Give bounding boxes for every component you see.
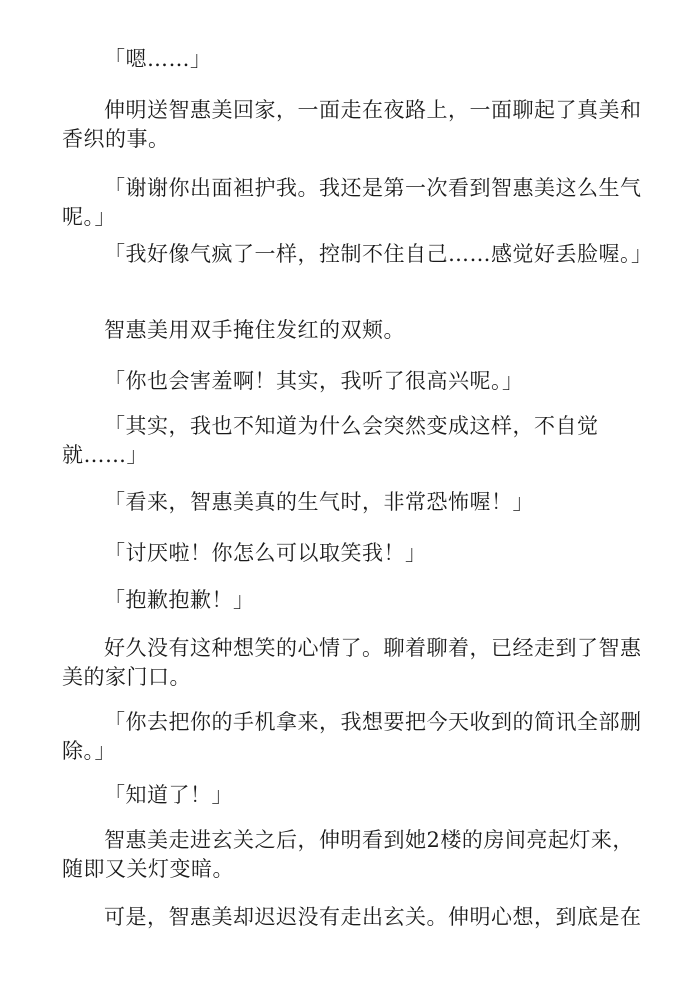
paragraph: 「看来，智惠美真的生气时，非常恐怖喔！」	[62, 488, 642, 517]
paragraph: 「嗯……」	[62, 45, 642, 74]
paragraph: 智惠美用双手掩住发红的双颊。	[62, 316, 642, 345]
paragraph: 「你也会害羞啊！其实，我听了很高兴呢。」	[62, 367, 642, 396]
paragraph: 「知道了！」	[62, 781, 642, 810]
paragraph: 可是，智惠美却迟迟没有走出玄关。伸明心想，到底是在	[62, 903, 642, 932]
paragraph: 「其实，我也不知道为什么会突然变成这样，不自觉就……」	[62, 412, 642, 470]
paragraph: 「谢谢你出面袒护我。我还是第一次看到智惠美这么生气呢。」	[62, 174, 642, 232]
paragraph: 伸明送智惠美回家，一面走在夜路上，一面聊起了真美和香织的事。	[62, 96, 642, 154]
paragraph: 「你去把你的手机拿来，我想要把今天收到的简讯全部删除。」	[62, 708, 642, 766]
paragraph: 好久没有这种想笑的心情了。聊着聊着，已经走到了智惠美的家门口。	[62, 634, 642, 692]
paragraph: 「我好像气疯了一样，控制不住自己……感觉好丢脸喔。」	[62, 240, 642, 269]
paragraph: 「抱歉抱歉！」	[62, 586, 642, 615]
paragraph: 「讨厌啦！你怎么可以取笑我！」	[62, 539, 642, 568]
paragraph: 智惠美走进玄关之后，伸明看到她2楼的房间亮起灯来，随即又关灯变暗。	[62, 826, 642, 884]
